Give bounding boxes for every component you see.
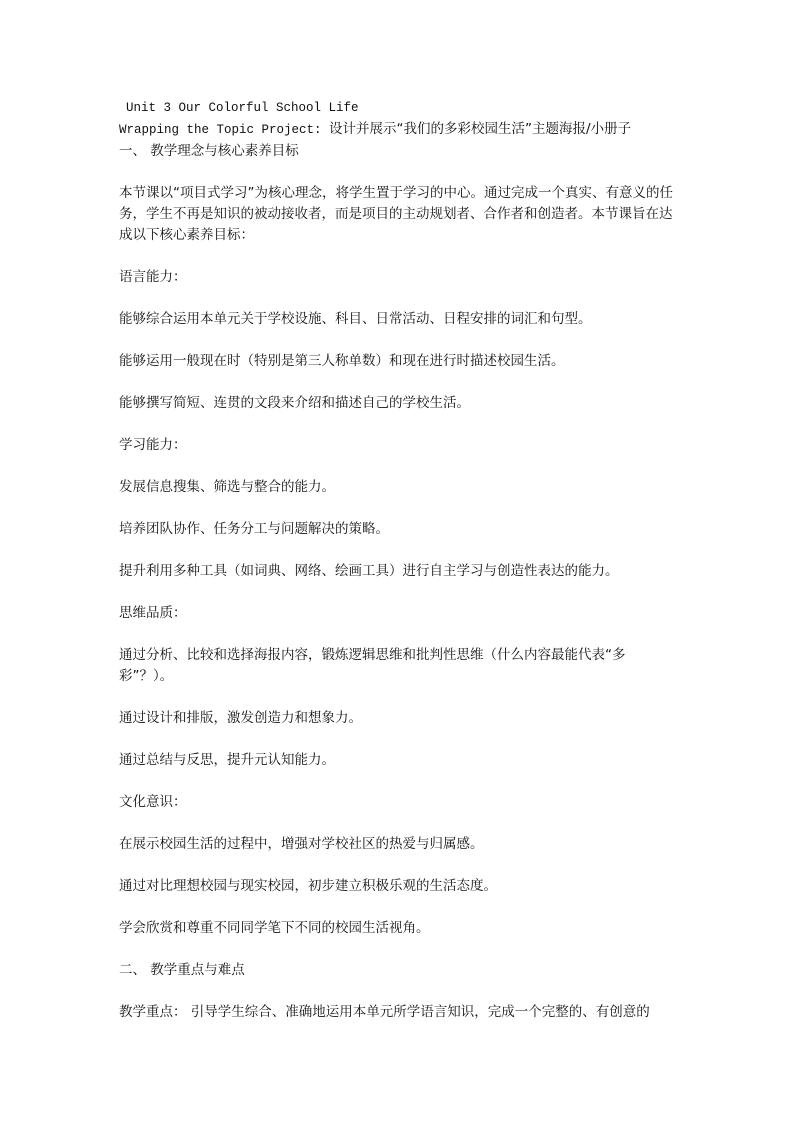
list-item: 学会欣赏和尊重不同同学笔下不同的校园生活视角。	[119, 918, 679, 939]
list-item: 通过总结与反思，提升元认知能力。	[119, 750, 679, 771]
project-title-line: Wrapping the Topic Project: 设计并展示“我们的多彩校…	[119, 119, 679, 141]
list-item: 培养团队协作、任务分工与问题解决的策略。	[119, 519, 679, 540]
list-item: 通过对比理想校园与现实校园，初步建立积极乐观的生活态度。	[119, 876, 679, 897]
list-item: 提升利用多种工具（如词典、网络、绘画工具）进行自主学习与创造性表达的能力。	[119, 561, 679, 582]
group-label-language: 语言能力：	[119, 267, 679, 288]
key-point-paragraph: 教学重点： 引导学生综合、准确地运用本单元所学语言知识，完成一个完整的、有创意的	[119, 1002, 679, 1023]
group-label-culture: 文化意识：	[119, 792, 679, 813]
list-item: 能够综合运用本单元关于学校设施、科目、日常活动、日程安排的词汇和句型。	[119, 309, 679, 330]
list-item: 在展示校园生活的过程中，增强对学校社区的热爱与归属感。	[119, 834, 679, 855]
key-point-text: 引导学生综合、准确地运用本单元所学语言知识，完成一个完整的、有创意的	[187, 1004, 650, 1020]
document-page: Unit 3 Our Colorful School Life Wrapping…	[119, 98, 679, 1023]
list-item: 通过设计和排版，激发创造力和想象力。	[119, 708, 679, 729]
unit-title: Unit 3 Our Colorful School Life	[119, 98, 679, 119]
list-item: 通过分析、比较和选择海报内容，锻炼逻辑思维和批判性思维（什么内容最能代表“多彩”…	[119, 645, 679, 687]
intro-paragraph: 本节课以“项目式学习”为核心理念，将学生置于学习的中心。通过完成一个真实、有意义…	[119, 183, 679, 246]
list-item: 发展信息搜集、筛选与整合的能力。	[119, 477, 679, 498]
section-heading-2: 二、 教学重点与难点	[119, 960, 679, 981]
list-item: 能够运用一般现在时（特别是第三人称单数）和现在进行时描述校园生活。	[119, 351, 679, 372]
group-label-learning: 学习能力：	[119, 435, 679, 456]
list-item: 能够撰写简短、连贯的文段来介绍和描述自己的学校生活。	[119, 393, 679, 414]
key-point-label: 教学重点：	[119, 1004, 187, 1020]
section-heading-1: 一、 教学理念与核心素养目标	[119, 141, 679, 162]
group-label-thinking: 思维品质：	[119, 603, 679, 624]
project-title: 设计并展示“我们的多彩校园生活”主题海报/小册子	[329, 121, 631, 137]
project-prefix: Wrapping the Topic Project:	[119, 123, 329, 137]
